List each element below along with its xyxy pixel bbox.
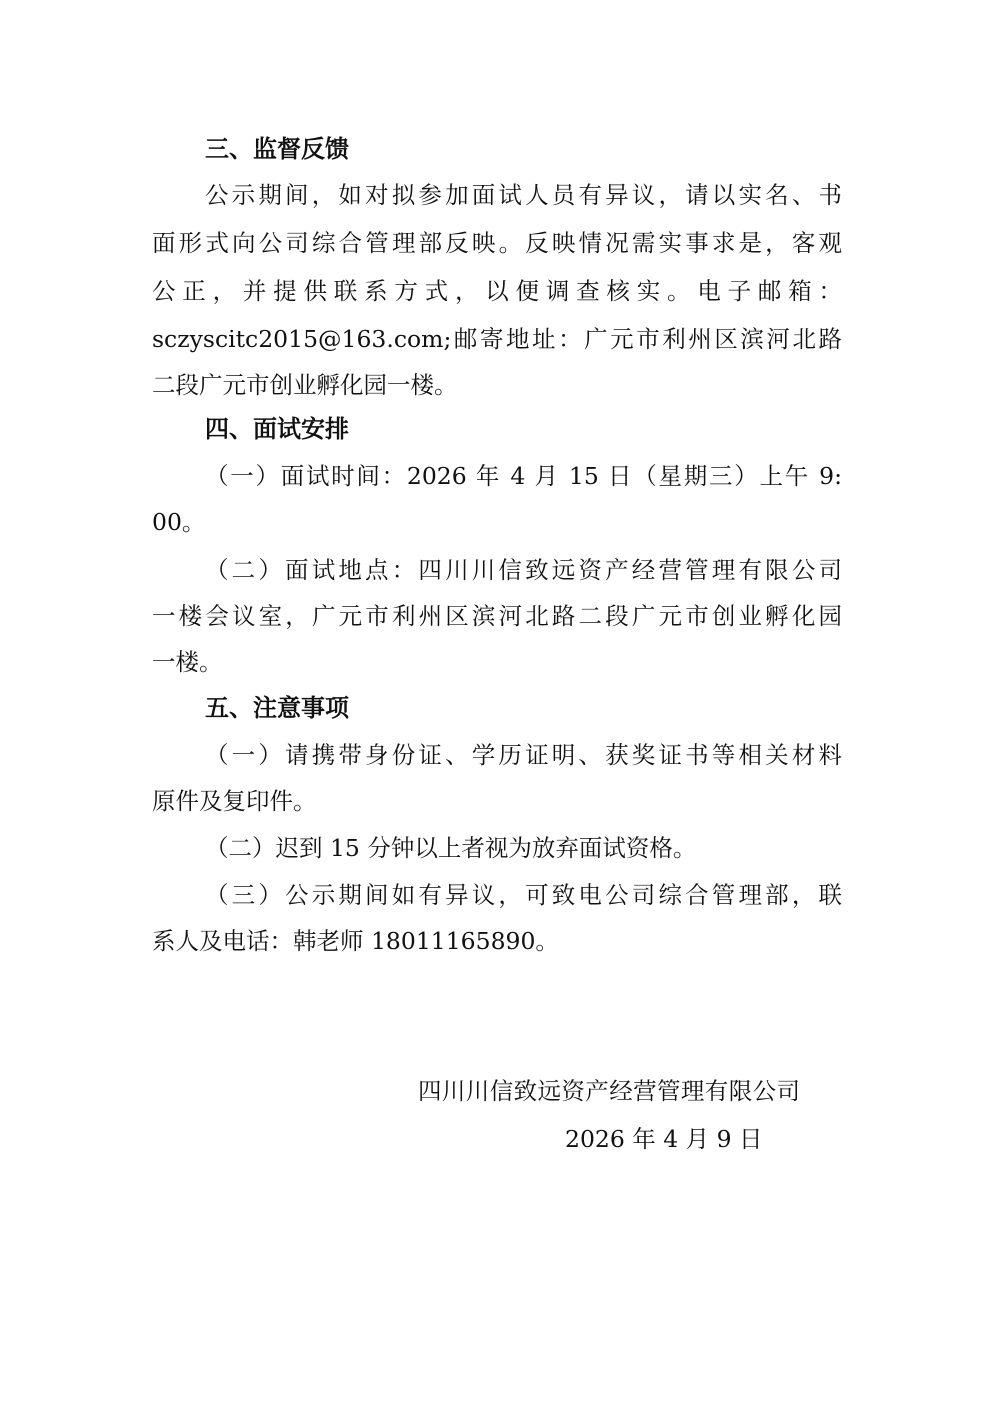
contact-line: 系人及电话：韩老师 18011165890。 (152, 926, 842, 956)
paragraph-line: 一楼会议室，广元市利州区滨河北路二段广元市创业孵化园 (152, 601, 842, 631)
section-heading-interview: 四、面试安排 (205, 414, 349, 444)
paragraph-line: （一）请携带身份证、学历证明、获奖证书等相关材料 (205, 740, 842, 770)
email-address-line: sczyscitc2015@163.com;邮寄地址：广元市利州区滨河北路 (152, 324, 842, 354)
signature-company: 四川川信致远资产经营管理有限公司 (418, 1076, 800, 1106)
paragraph-line: 原件及复印件。 (152, 786, 842, 816)
interview-location-line: （二）面试地点：四川川信致远资产经营管理有限公司 (205, 555, 842, 585)
section-heading-notes: 五、注意事项 (205, 693, 349, 723)
paragraph-line: 二段广元市创业孵化园一楼。 (152, 370, 842, 400)
paragraph-line: 00。 (152, 507, 842, 537)
interview-time-line: （一）面试时间：2026 年 4 月 15 日（星期三）上午 9: (205, 461, 842, 491)
paragraph-line: 公正，并提供联系方式，以便调查核实。电子邮箱： (152, 276, 842, 306)
signature-date: 2026 年 4 月 9 日 (565, 1124, 763, 1154)
paragraph-line: 公示期间，如对拟参加面试人员有异议，请以实名、书 (205, 180, 842, 210)
paragraph-line: （三）公示期间如有异议，可致电公司综合管理部，联 (205, 880, 842, 910)
paragraph-line: （二）迟到 15 分钟以上者视为放弃面试资格。 (205, 833, 842, 863)
paragraph-line: 一楼。 (152, 647, 842, 677)
section-heading-supervision: 三、监督反馈 (205, 134, 349, 164)
paragraph-line: 面形式向公司综合管理部反映。反映情况需实事求是，客观 (152, 228, 842, 258)
